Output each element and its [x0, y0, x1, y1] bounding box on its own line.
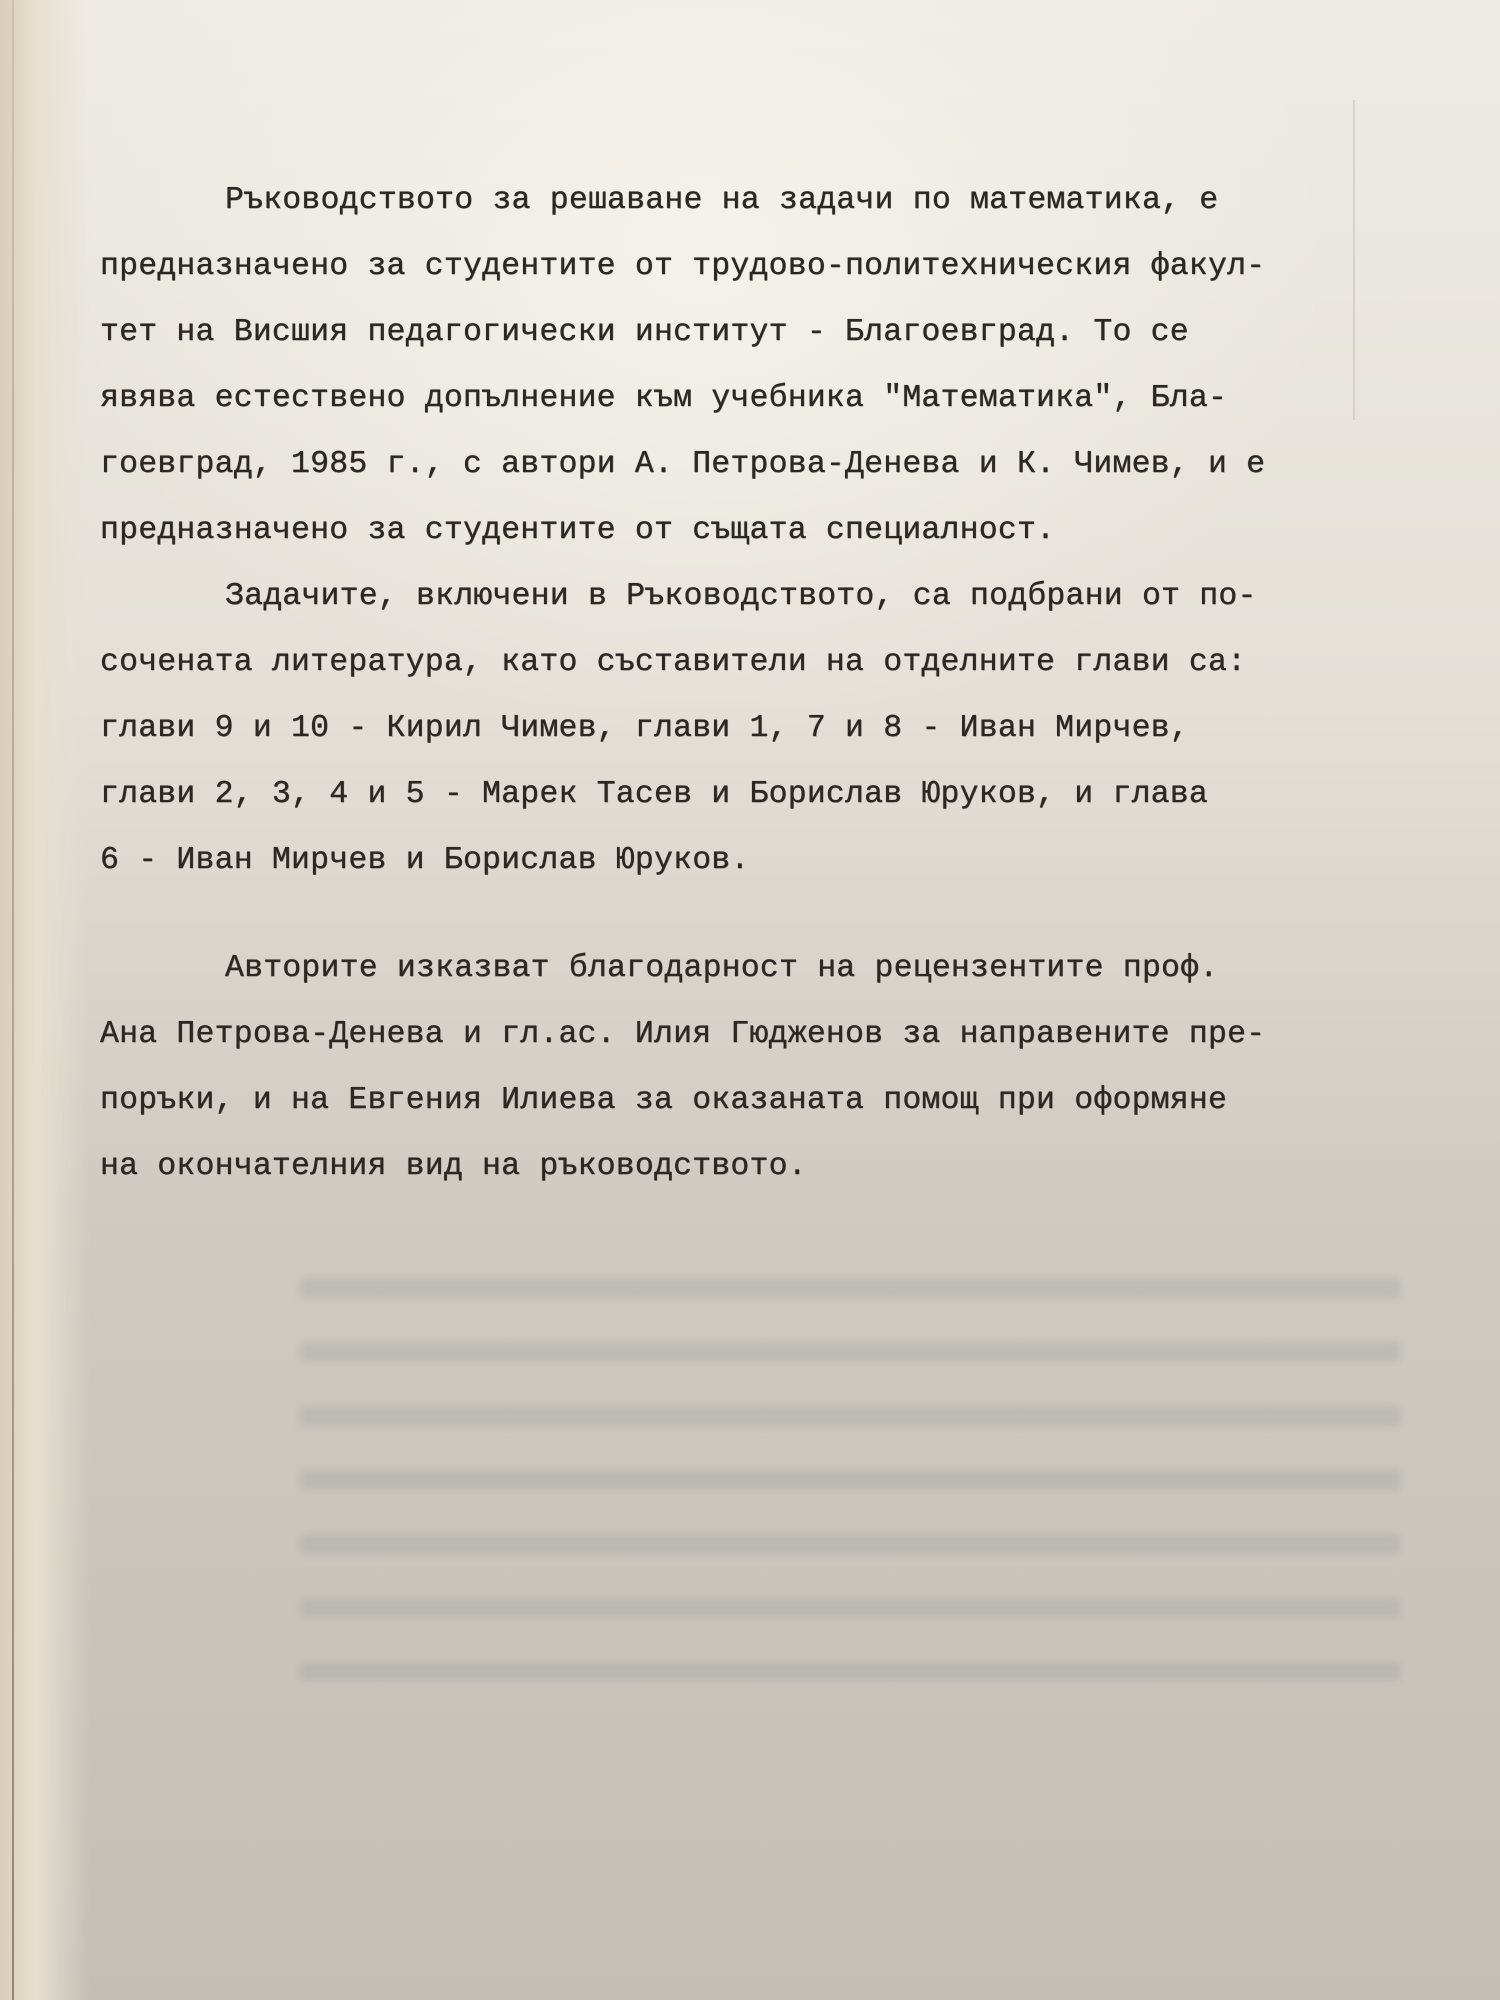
text-line: Ръководството за решаване на задачи по м…	[100, 168, 1340, 234]
text-line: сочената литература, като съставители на…	[100, 630, 1340, 696]
text-line: Задачите, включени в Ръководството, са п…	[100, 564, 1340, 630]
document-page: Ръководството за решаване на задачи по м…	[0, 0, 1500, 2000]
paragraph-purpose: Ръководството за решаване на задачи по м…	[100, 168, 1340, 564]
text-line: Ана Петрова-Денева и гл.ас. Илия Гюджено…	[100, 1002, 1340, 1068]
bleed-through-text	[300, 1240, 1400, 1680]
text-line: явява естествено допълнение към учебника…	[100, 366, 1340, 432]
text-line: поръки, и на Евгения Илиева за оказаната…	[100, 1068, 1340, 1134]
paragraph-chapter-authors: Задачите, включени в Ръководството, са п…	[100, 564, 1340, 894]
paper-fold-mark	[1353, 100, 1355, 420]
text-line: 6 - Иван Мирчев и Борислав Юруков.	[100, 828, 1340, 894]
text-line: на окончателния вид на ръководството.	[100, 1134, 1340, 1200]
paragraph-gap	[100, 894, 1340, 936]
text-line: гоевград, 1985 г., с автори А. Петрова-Д…	[100, 432, 1340, 498]
text-line: Авторите изказват благодарност на реценз…	[100, 936, 1340, 1002]
page-binding-line	[12, 0, 14, 2000]
text-line: глави 2, 3, 4 и 5 - Марек Тасев и Борисл…	[100, 762, 1340, 828]
paragraph-acknowledgements: Авторите изказват благодарност на реценз…	[100, 936, 1340, 1200]
text-line: предназначено за студентите от същата сп…	[100, 498, 1340, 564]
text-line: тет на Висшия педагогически институт - Б…	[100, 300, 1340, 366]
typewritten-text-block: Ръководството за решаване на задачи по м…	[100, 168, 1340, 1200]
text-line: глави 9 и 10 - Кирил Чимев, глави 1, 7 и…	[100, 696, 1340, 762]
text-line: предназначено за студентите от трудово-п…	[100, 234, 1340, 300]
